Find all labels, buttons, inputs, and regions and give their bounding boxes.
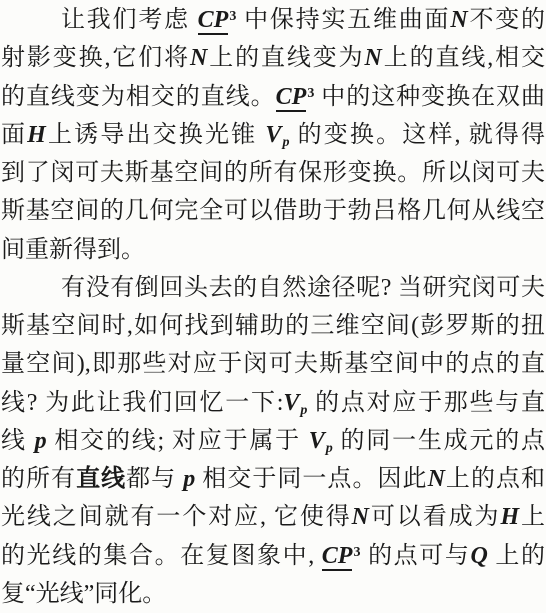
- text-run: 的所有: [1, 466, 76, 492]
- text-run: 到了闵可夫斯基空间的所有保形变换。所以闵可夫: [1, 160, 545, 186]
- var-h: H: [500, 504, 519, 530]
- cp3-notation: CP3: [198, 7, 237, 33]
- text-run: 间重新得到。: [1, 237, 145, 263]
- text-run: 都与: [126, 466, 183, 492]
- text-run: 不变的: [468, 7, 545, 33]
- var-n: N: [428, 466, 445, 492]
- text-line: 的直线变为相交的直线。CP3 中的这种变换在双曲: [0, 78, 546, 116]
- paragraph-1: 让我们考虑 CP3 中保持实五维曲面N不变的 射影变换,它们将N上的直线变为N上…: [0, 1, 546, 269]
- text-run: 中的这种变换在双曲: [314, 84, 545, 110]
- text-run: 量空间),即那些对应于闵可夫斯基空间中的点的直: [1, 351, 545, 377]
- cp3-base: CP: [276, 84, 307, 112]
- text-run: 上的直线变为: [207, 45, 364, 71]
- text-run: 复“光线”同化。: [1, 581, 166, 607]
- text-line: 线? 为此让我们回忆一下:Vp 的点对应于那些与直: [0, 384, 546, 422]
- emphasized-term: 直线: [76, 466, 126, 492]
- text-line: 光线之间就有一个对应, 它使得N可以看成为H上: [0, 498, 546, 536]
- text-run: 光线之间就有一个对应, 它使得: [1, 504, 352, 530]
- text-run: 斯基空间的几何完全可以借助于勃吕格几何从线空: [1, 198, 545, 224]
- text-line: 到了闵可夫斯基空间的所有保形变换。所以闵可夫: [0, 154, 546, 192]
- var-n: N: [190, 45, 207, 71]
- text-run: 相交的线; 对应于属于: [47, 428, 309, 454]
- text-run: 有没有倒回头去的自然途径呢? 当研究闵可夫: [61, 275, 545, 301]
- text-line: 间重新得到。: [0, 231, 546, 269]
- text-line: 射影变换,它们将N上的直线变为N上的直线,相交: [0, 39, 546, 77]
- vp-subscript: p: [326, 441, 333, 456]
- text-run: 的直线变为相交的直线。: [1, 84, 276, 110]
- vp-base: V: [283, 390, 299, 416]
- cp3-notation: CP3: [322, 543, 361, 569]
- vp-notation: Vp: [265, 122, 289, 148]
- text-line: 面H上诱导出交换光锥 Vp 的变换。这样, 就得得: [0, 116, 546, 154]
- var-p: p: [35, 428, 47, 454]
- text-run: 斯基空间时,如何找到辅助的三维空间(彭罗斯的扭: [1, 313, 545, 339]
- text-line: 斯基空间时,如何找到辅助的三维空间(彭罗斯的扭: [0, 307, 546, 345]
- var-q: Q: [470, 543, 487, 569]
- text-run: 的光线的集合。在复图象中,: [1, 543, 322, 569]
- var-n: N: [352, 504, 369, 530]
- text-run: 上的点和: [445, 466, 545, 492]
- var-n: N: [450, 7, 467, 33]
- book-page: 让我们考虑 CP3 中保持实五维曲面N不变的 射影变换,它们将N上的直线变为N上…: [0, 0, 546, 613]
- text-line: 的光线的集合。在复图象中, CP3 的点可与Q 上的: [0, 537, 546, 575]
- text-run: 的点可与: [360, 543, 470, 569]
- text-line: 量空间),即那些对应于闵可夫斯基空间中的点的直: [0, 345, 546, 383]
- text-run: 中保持实五维曲面: [236, 7, 450, 33]
- text-line: 的所有直线都与 p 相交于同一点。因此N上的点和: [0, 460, 546, 498]
- text-run: 可以看成为: [369, 504, 500, 530]
- text-run: 上的: [488, 543, 545, 569]
- text-run: 上的直线,相交: [382, 45, 545, 71]
- text-line: 斯基空间的几何完全可以借助于勃吕格几何从线空: [0, 192, 546, 230]
- var-n: N: [365, 45, 382, 71]
- text-run: 的点对应于那些与直: [307, 390, 545, 416]
- text-line: 复“光线”同化。: [0, 575, 546, 613]
- text-run: 上: [519, 504, 545, 530]
- cp3-notation: CP3: [276, 84, 315, 110]
- text-run: 线: [1, 428, 35, 454]
- text-run: 线? 为此让我们回忆一下:: [1, 390, 283, 416]
- paragraph-2: 有没有倒回头去的自然途径呢? 当研究闵可夫 斯基空间时,如何找到辅助的三维空间(…: [0, 269, 546, 613]
- text-line: 有没有倒回头去的自然途径呢? 当研究闵可夫: [0, 269, 546, 307]
- cp3-base: CP: [322, 543, 353, 571]
- vp-notation: Vp: [309, 428, 333, 454]
- text-run: 的同一生成元的点: [333, 428, 545, 454]
- text-line: 让我们考虑 CP3 中保持实五维曲面N不变的: [0, 1, 546, 39]
- var-h: H: [27, 122, 46, 148]
- text-line: 线 p 相交的线; 对应于属于 Vp 的同一生成元的点: [0, 422, 546, 460]
- text-run: 上诱导出交换光锥: [46, 122, 266, 148]
- cp3-base: CP: [198, 7, 229, 35]
- vp-base: V: [309, 428, 325, 454]
- vp-notation: Vp: [283, 390, 307, 416]
- text-run: 的变换。这样, 就得得: [289, 122, 545, 148]
- text-run: 面: [1, 122, 27, 148]
- text-run: 让我们考虑: [61, 7, 198, 33]
- var-p: p: [183, 466, 195, 492]
- text-run: 相交于同一点。因此: [195, 466, 427, 492]
- text-run: 射影变换,它们将: [1, 45, 190, 71]
- vp-base: V: [265, 122, 281, 148]
